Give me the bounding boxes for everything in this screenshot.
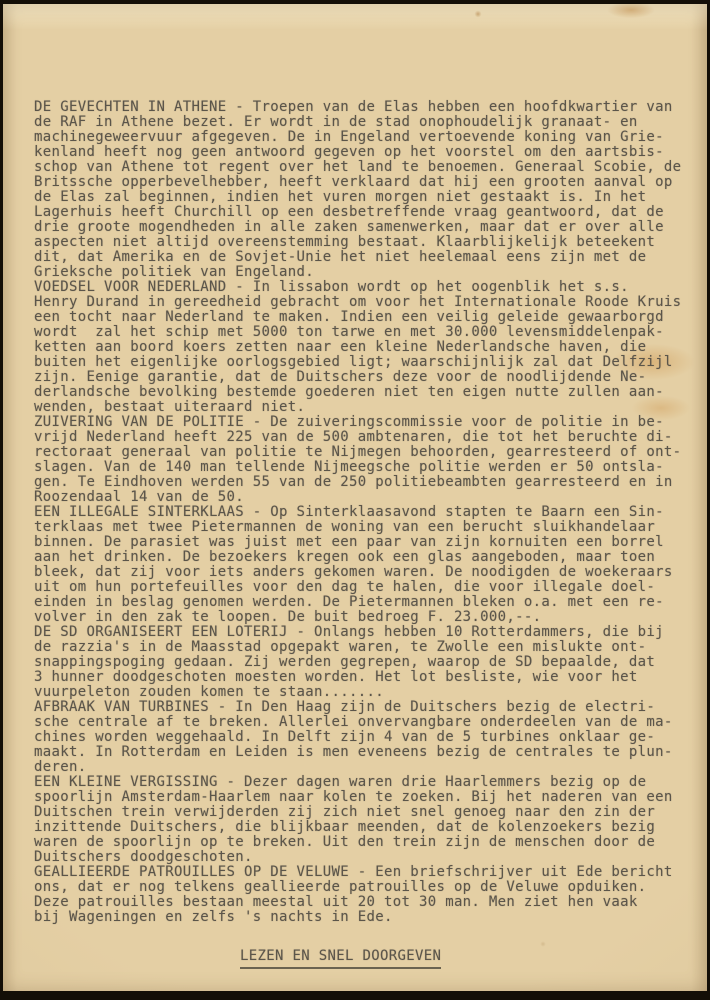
article-afbraak-van-turbines: AFBRAAK VAN TURBINES - In Den Haag zijn … [34,700,694,775]
article-voedsel-voor-nederland: VOEDSEL VOOR NEDERLAND - In lissabon wor… [34,280,694,415]
article-een-kleine-vergissing: EEN KLEINE VERGISSING - Dezer dagen ware… [34,775,694,865]
article-geallieerde-patrouilles-op-de-veluwe: GEALLIEERDE PATROUILLES OP DE VELUWE - E… [34,865,694,925]
article-de-gevechten-in-athene: DE GEVECHTEN IN ATHENE - Troepen van de … [34,100,694,280]
document-page: DE GEVECHTEN IN ATHENE - Troepen van de … [3,4,707,991]
article-zuivering-van-de-politie: ZUIVERING VAN DE POLITIE - De zuiverings… [34,415,694,505]
footer-slogan: LEZEN EN SNEL DOORGEVEN [240,948,441,969]
article-een-illegale-sinterklaas: EEN ILLEGALE SINTERKLAAS - Op Sinterklaa… [34,505,694,625]
scan-background: DE GEVECHTEN IN ATHENE - Troepen van de … [0,0,710,1000]
article-de-sd-organiseert-een-loterij: DE SD ORGANISEERT EEN LOTERIJ - Onlangs … [34,625,694,700]
document-body: DE GEVECHTEN IN ATHENE - Troepen van de … [34,100,694,925]
